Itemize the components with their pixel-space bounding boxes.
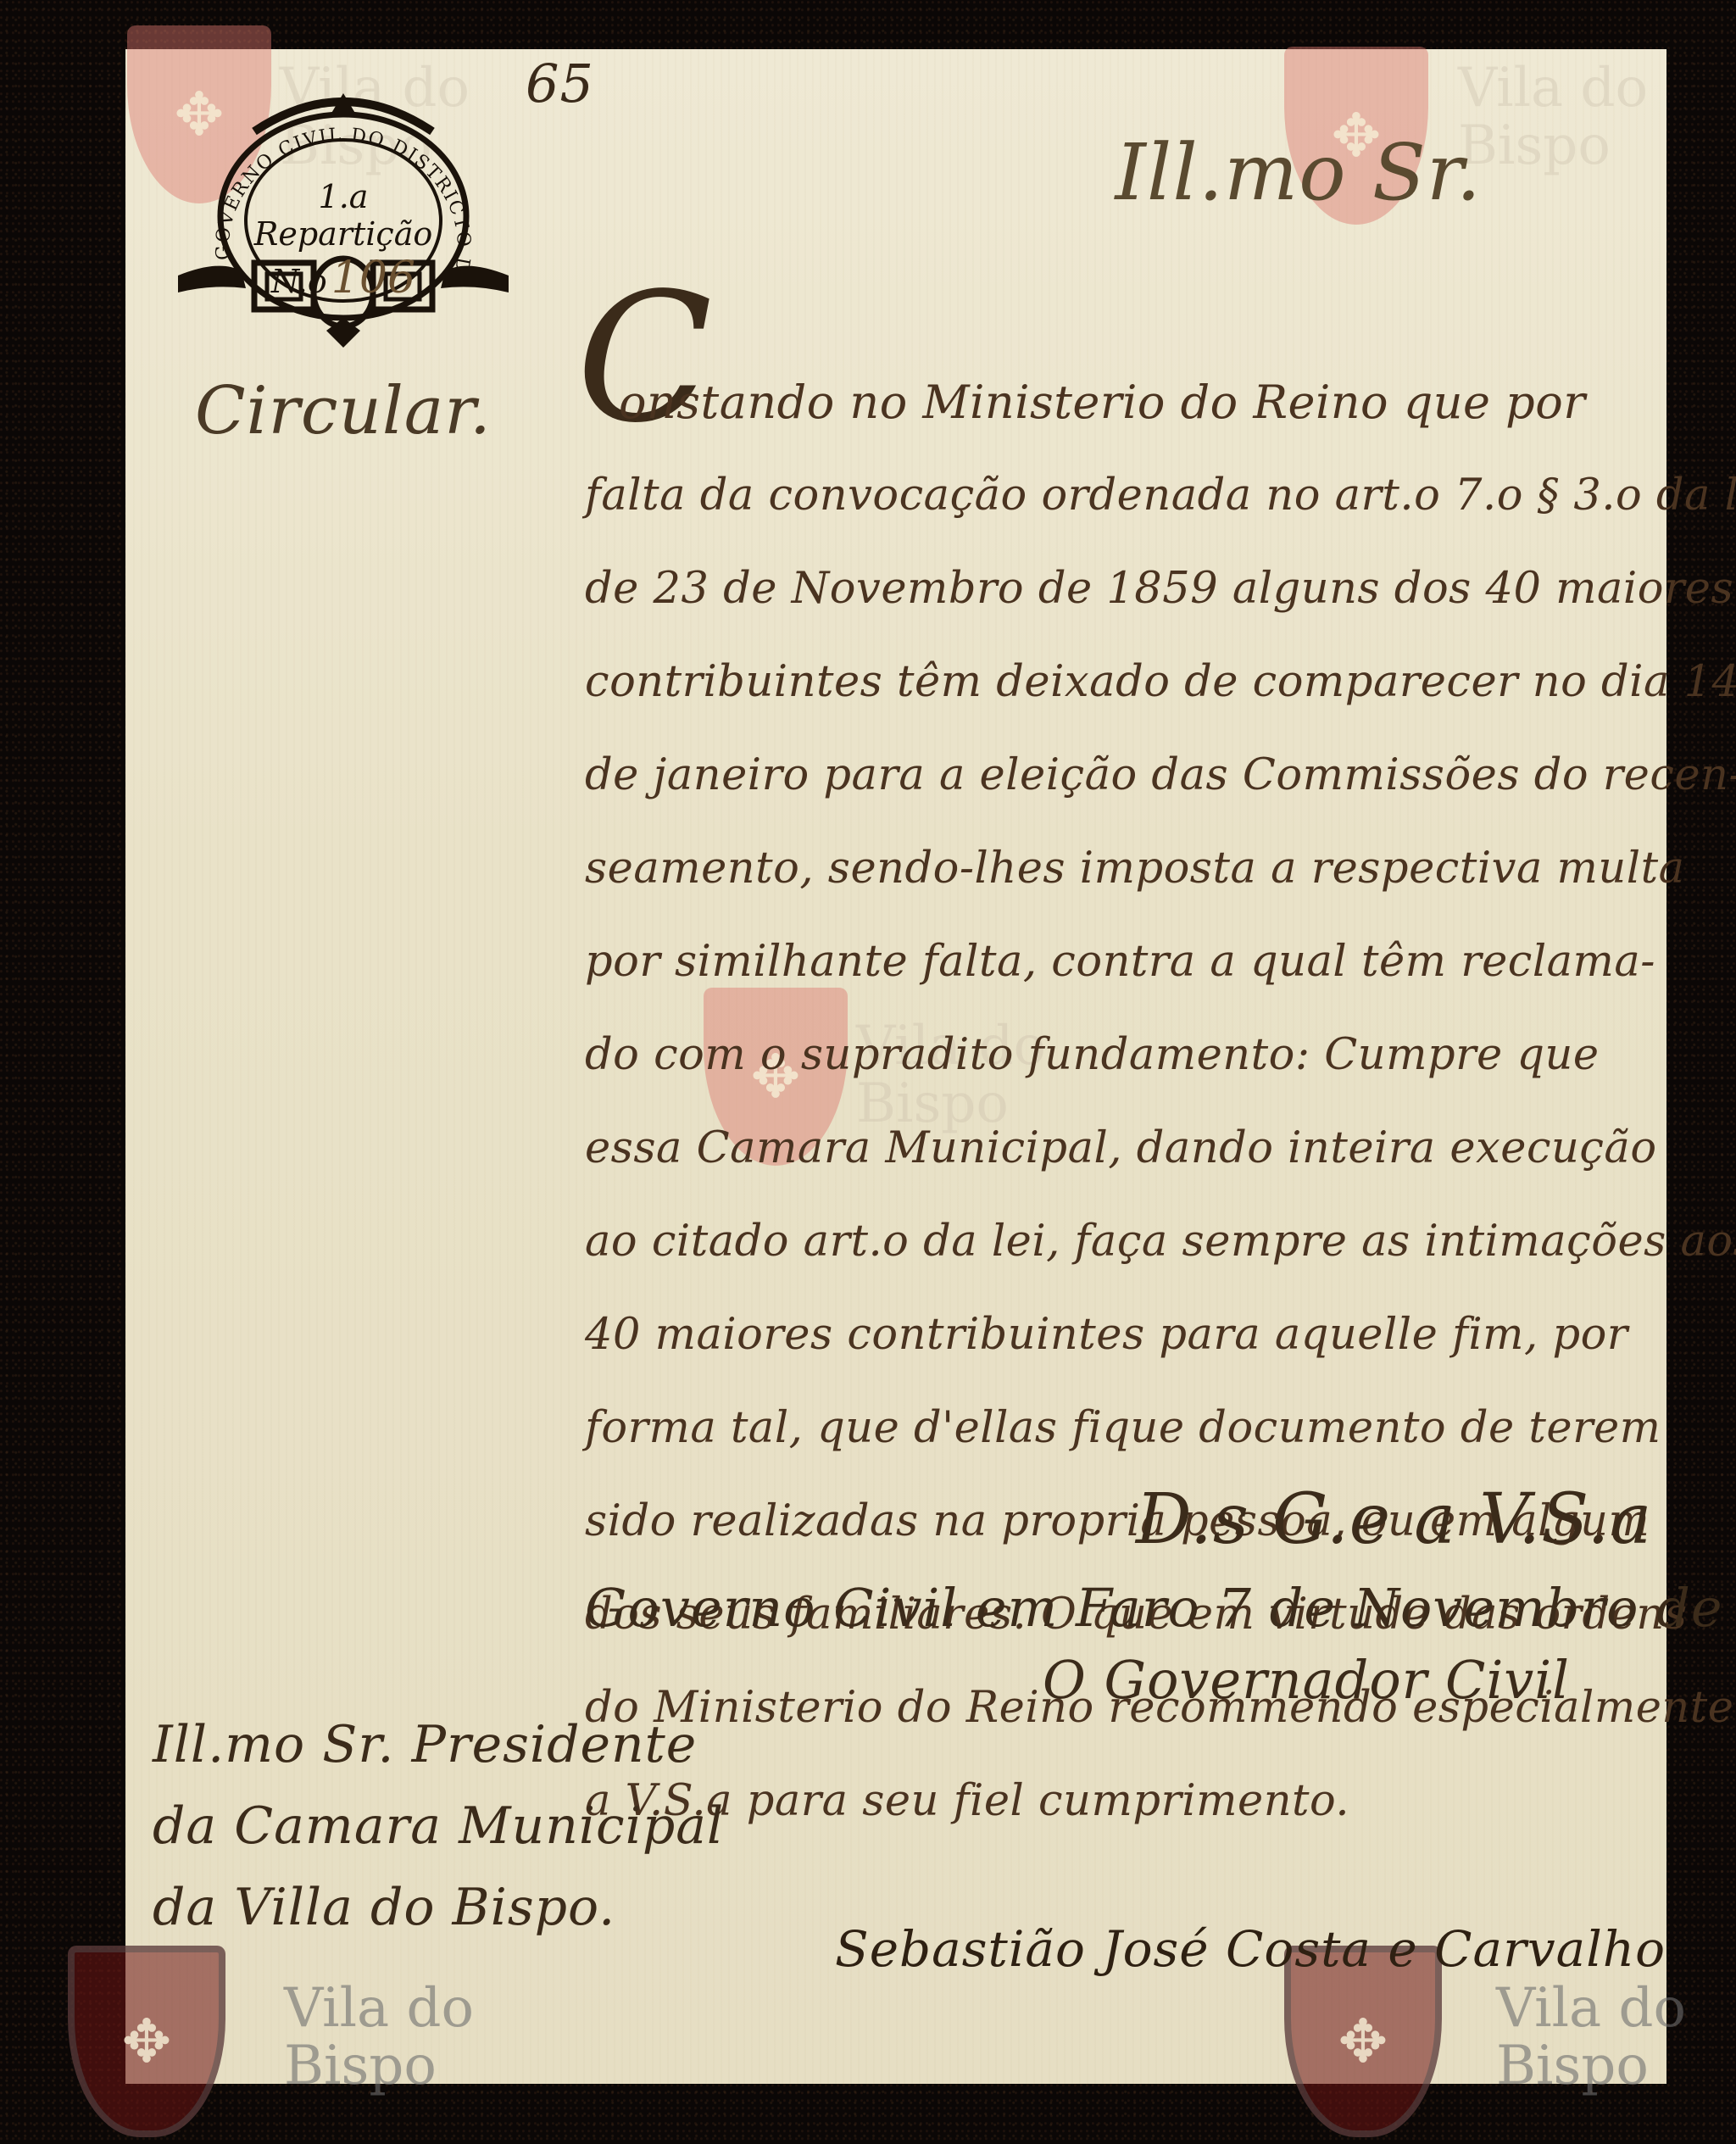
body-line: de janeiro para a eleição das Commissões… bbox=[585, 729, 1636, 822]
watermark-bottom-left: ✥ bbox=[68, 1946, 220, 2137]
addressee-line: Ill.mo Sr. Presidente bbox=[153, 1704, 724, 1785]
stamp-content: 1.a Repartição N.o 106 bbox=[237, 178, 449, 304]
addressee-line: da Camara Municipal bbox=[153, 1785, 724, 1867]
watermark-text-bottom-right: Vila do Bispo bbox=[1496, 1980, 1686, 2095]
stamp-number-prefix: N.o bbox=[271, 263, 327, 300]
body-line: forma tal, que d'ellas fique documento d… bbox=[585, 1382, 1636, 1475]
body-line: por similhante falta, contra a qual têm … bbox=[585, 916, 1636, 1009]
body-line: do com o supradito fundamento: Cumpre qu… bbox=[585, 1009, 1636, 1102]
watermark-text-bottom-left: Vila do Bispo bbox=[284, 1980, 474, 2095]
stamp-section: 1.a Repartição bbox=[237, 178, 449, 253]
body-line: falta da convocação ordenada no art.o 7.… bbox=[585, 449, 1636, 543]
page-number: 65 bbox=[526, 53, 594, 114]
body-line: contribuintes têm deixado de comparecer … bbox=[585, 636, 1636, 729]
salutation: Ill.mo Sr. bbox=[1116, 127, 1482, 218]
body-line: ao citado art.o da lei, faça sempre as i… bbox=[585, 1195, 1636, 1289]
signature: Sebastião José Costa e Carvalho bbox=[835, 1920, 1666, 1978]
shield-icon: ✥ bbox=[68, 1946, 225, 2137]
body-line: de 23 de Novembro de 1859 alguns dos 40 … bbox=[585, 543, 1636, 636]
place-and-date: Governo Civil em Faro 7 de Novembro de 1… bbox=[585, 1577, 1736, 1639]
margin-label-circular: Circular. bbox=[195, 373, 492, 449]
body-line: a V.S.a para seu fiel cumprimento. bbox=[585, 1755, 1636, 1848]
official-stamp: GOVERNO CIVIL DO DISTRICTO DE FARO 1.a R… bbox=[161, 81, 526, 360]
body-line: onstando no Ministerio do Reino que por bbox=[585, 356, 1636, 449]
body-line: 40 maiores contribuintes para aquelle fi… bbox=[585, 1289, 1636, 1382]
addressee: Ill.mo Sr. Presidente da Camara Municipa… bbox=[153, 1704, 724, 1948]
closing-formula: D.s G.e a V.S.a bbox=[1136, 1479, 1652, 1560]
stamp-number: 106 bbox=[331, 253, 415, 304]
body-line: essa Camara Municipal, dando inteira exe… bbox=[585, 1102, 1636, 1195]
body-line: seamento, sendo-lhes imposta a respectiv… bbox=[585, 822, 1636, 916]
signatory-title: O Governador Civil bbox=[1043, 1649, 1570, 1711]
addressee-line: da Villa do Bispo. bbox=[153, 1867, 724, 1948]
watermark-text-top-right: Vila do Bispo bbox=[1458, 59, 1648, 175]
